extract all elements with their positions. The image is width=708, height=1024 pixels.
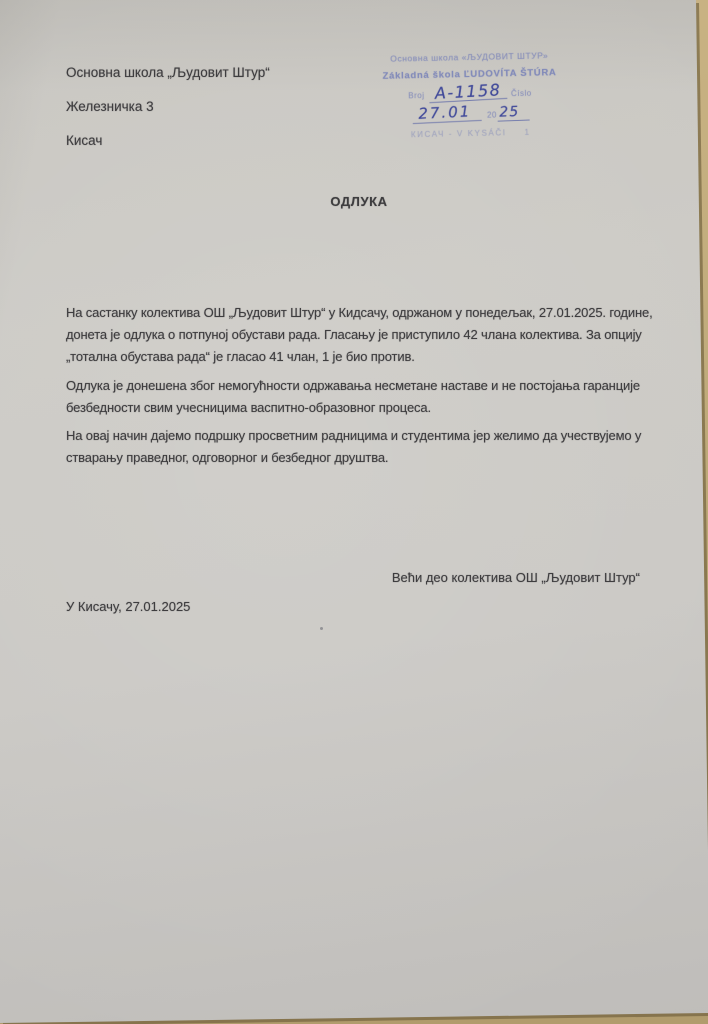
stamp-year-prefix: 20 — [487, 110, 497, 121]
paragraph-decision: На састанку колектива ОШ „Људовит Штур“ … — [66, 302, 662, 369]
photo-of-document: Основна школа „Људовит Штур“ Железничка … — [0, 0, 708, 1024]
stamp-school-name-slovak: Základná škola ĽUDOVÍTA ŠTÚRA — [371, 67, 567, 82]
paper-speck — [320, 627, 323, 630]
signature-line: Већи део колектива ОШ „Људовит Штур“ — [66, 570, 640, 585]
stamp-school-name-serbian: Основна школа «ЉУДОВИТ ШТУР» — [371, 50, 567, 64]
stamp-number-label-sr: Broj — [408, 91, 424, 102]
stamp-edge-mark: 1 — [524, 128, 530, 137]
letterhead-address: Железничка 3 — [66, 90, 270, 124]
document-body: На састанку колектива ОШ „Људовит Штур“ … — [66, 302, 662, 475]
place-and-date: У Кисачу, 27.01.2025 — [66, 599, 190, 614]
letterhead: Основна школа „Људовит Штур“ Железничка … — [66, 56, 270, 158]
stamp-handwritten-number: А-1158 — [428, 82, 507, 103]
paragraph-reason: Одлука је донешена због немогућности одр… — [66, 375, 662, 419]
document-page: Основна школа „Људовит Штур“ Железничка … — [0, 0, 708, 1024]
stamp-handwritten-year: 25 — [497, 105, 529, 122]
school-stamp: Основна школа «ЉУДОВИТ ШТУР» Základná šk… — [371, 50, 569, 140]
stamp-number-label-sk: Číslo — [511, 89, 532, 100]
paragraph-support: На овај начин дајемо подршку просветним … — [66, 425, 662, 469]
stamp-place-line: КИСАЧ - V KYSÁČI — [411, 128, 507, 139]
letterhead-city: Кисач — [66, 124, 270, 158]
document-title: ОДЛУКА — [66, 194, 652, 209]
letterhead-school-name: Основна школа „Људовит Штур“ — [66, 56, 270, 90]
stamp-handwritten-date: 27.01 — [412, 104, 482, 124]
